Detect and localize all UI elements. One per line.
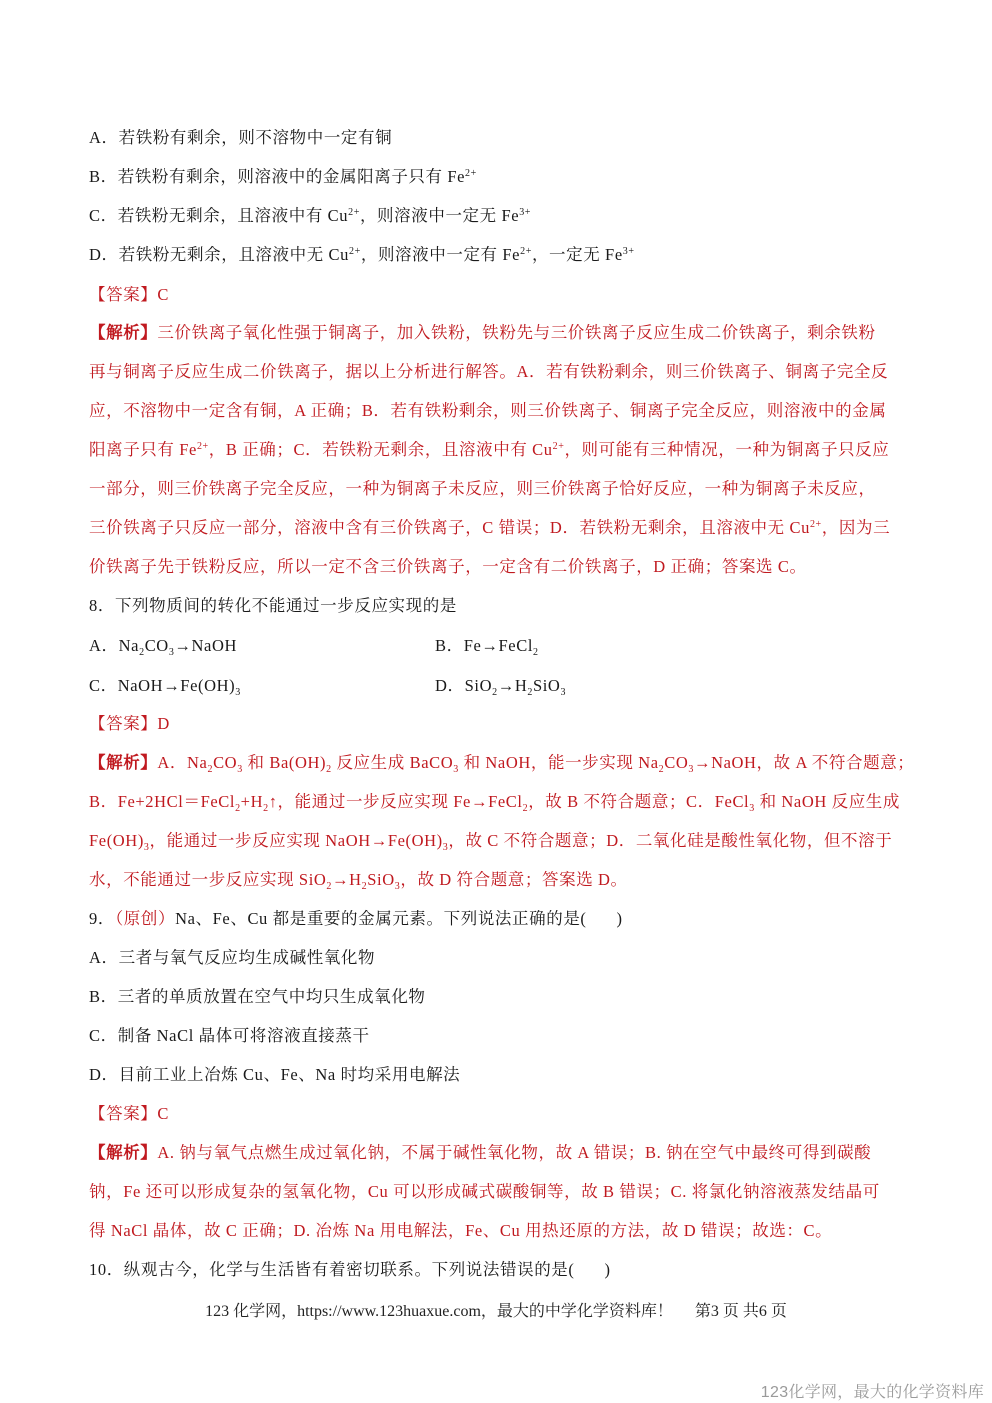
analysis-text: +H [241, 792, 263, 811]
analysis-text: 水，不能通过一步反应实现 SiO [89, 870, 326, 889]
analysis-text: Fe(OH) [89, 831, 144, 850]
charge: 2+ [553, 441, 565, 452]
analysis-text: 反应生成 BaCO [332, 753, 454, 772]
answer-tag: 【答案】 [89, 1104, 157, 1123]
formula: Na [119, 636, 139, 655]
q7-analysis-line: 应，不溶物中一定含有铜，A 正确；B．若有铁粉剩余，则三价铁离子、铜离子完全反应… [89, 401, 886, 421]
q7-analysis-line: 【解析】三价铁离子氧化性强于铜离子，加入铁粉，铁粉先与三价铁离子反应生成二价铁离… [89, 323, 876, 343]
formula: SiO [533, 676, 560, 695]
option-label: C． [89, 206, 118, 225]
option-text: 若铁粉无剩余，且溶液中有 Cu [118, 206, 348, 225]
analysis-text: →NaOH，故 A 不符合题意； [694, 753, 914, 772]
option-label: C． [89, 676, 118, 695]
q9-option-c: C．制备 NaCl 晶体可将溶液直接蒸干 [89, 1026, 370, 1046]
analysis-text: ，则可能有三种情况，一种为铜离子只反应 [564, 440, 889, 459]
analysis-text: CO [213, 753, 237, 772]
q8-option-a: A．Na2CO3→NaOH [89, 636, 237, 655]
option-text: 制备 NaCl 晶体可将溶液直接蒸干 [118, 1026, 370, 1045]
answer-tag: 【答案】 [89, 285, 157, 304]
option-text: 若铁粉无剩余，且溶液中无 Cu [119, 245, 349, 264]
q7-analysis-line: 再与铜离子反应生成二价铁离子，据以上分析进行解答。A．若有铁粉剩余，则三价铁离子… [89, 362, 888, 382]
q9-analysis-line: 【解析】A. 钠与氧气点燃生成过氧化钠，不属于碱性氧化物，故 A 错误；B. 钠… [89, 1143, 871, 1163]
q8-analysis-line: 水，不能通过一步反应实现 SiO2→H2SiO3，故 D 符合题意；答案选 D。 [89, 870, 628, 890]
analysis-tag: 【解析】 [89, 1143, 157, 1162]
q7-option-c: C．若铁粉无剩余，且溶液中有 Cu2+，则溶液中一定无 Fe3+ [89, 206, 531, 226]
option-text: 若铁粉有剩余，则溶液中的金属阳离子只有 Fe [118, 167, 465, 186]
formula: →H [498, 676, 528, 695]
analysis-text: 和 NaOH 反应生成 [755, 792, 900, 811]
analysis-tag: 【解析】 [89, 753, 157, 772]
charge: 2+ [520, 246, 532, 257]
q9-answer: 【答案】C [89, 1104, 169, 1124]
analysis-text: 价铁离子先于铁粉反应，所以一定不含三价铁离子，一定含有二价铁离子，D 正确；答案… [89, 557, 807, 576]
analysis-text: 三价铁离子只反应一部分，溶液中含有三价铁离子，C 错误；D．若铁粉无剩余，且溶液… [89, 518, 810, 537]
analysis-text: →H [332, 870, 362, 889]
analysis-text: 再与铜离子反应生成二价铁离子，据以上分析进行解答。A．若有铁粉剩余，则三价铁离子… [89, 362, 888, 381]
option-text: 三者的单质放置在空气中均只生成氧化物 [118, 987, 426, 1006]
formula: NaOH→Fe(OH) [118, 676, 236, 695]
q8-analysis-line: B．Fe+2HCl＝FeCl2+H2↑，能通过一步反应实现 Fe→FeCl2，故… [89, 792, 900, 812]
subscript: 2 [533, 647, 539, 658]
subscript: 3 [235, 687, 241, 698]
q9-analysis-line: 钠，Fe 还可以形成复杂的氢氧化物，Cu 可以形成碱式碳酸铜等，故 B 错误；C… [89, 1182, 880, 1202]
option-label: D． [89, 245, 119, 264]
question-text: 10．纵观古今，化学与生活皆有着密切联系。下列说法错误的是( [89, 1260, 575, 1279]
answer-value: C [157, 1104, 169, 1123]
option-label: A． [89, 636, 119, 655]
formula: →NaOH [174, 636, 237, 655]
q9-analysis-line: 得 NaCl 晶体，故 C 正确；D. 冶炼 Na 用电解法，Fe、Cu 用热还… [89, 1221, 832, 1241]
q7-option-b: B．若铁粉有剩余，则溶液中的金属阳离子只有 Fe2+ [89, 167, 477, 187]
option-label: A． [89, 948, 119, 967]
option-text: 三者与氧气反应均生成碱性氧化物 [119, 948, 376, 967]
q7-analysis-line: 一部分，则三价铁离子完全反应，一种为铜离子未反应，则三价铁离子恰好反应，一种为铜… [89, 479, 876, 499]
page-footer: 123 化学网，https://www.123huaxue.com，最大的中学化… [0, 1298, 992, 1321]
q8-options-row-2: C．NaOH→Fe(OH)3 D．SiO2→H2SiO3 [89, 676, 909, 696]
formula: Fe→FeCl [464, 636, 533, 655]
q8-answer: 【答案】D [89, 714, 170, 734]
analysis-text: SiO [367, 870, 394, 889]
analysis-text: 钠，Fe 还可以形成复杂的氢氧化物，Cu 可以形成碱式碳酸铜等，故 B 错误；C… [89, 1182, 880, 1201]
analysis-text: 得 NaCl 晶体，故 C 正确；D. 冶炼 Na 用电解法，Fe、Cu 用热还… [89, 1221, 832, 1240]
q9-option-a: A．三者与氧气反应均生成碱性氧化物 [89, 948, 375, 968]
question-text: Na、Fe、Cu 都是重要的金属元素。下列说法正确的是( [175, 909, 586, 928]
option-text: ，一定无 Fe [532, 245, 623, 264]
analysis-text: A．Na [157, 753, 207, 772]
option-label: A． [89, 128, 119, 147]
option-label: B． [89, 987, 118, 1006]
charge: 3+ [519, 207, 531, 218]
analysis-text: B．Fe+2HCl＝FeCl [89, 792, 235, 811]
subscript: 3 [560, 687, 566, 698]
analysis-text: 阳离子只有 Fe [89, 440, 197, 459]
q7-analysis-line: 价铁离子先于铁粉反应，所以一定不含三价铁离子，一定含有二价铁离子，D 正确；答案… [89, 557, 807, 577]
option-label: D． [89, 1065, 119, 1084]
q8-option-b: B．Fe→FeCl2 [435, 636, 539, 656]
analysis-text: 和 Ba(OH) [243, 753, 326, 772]
analysis-text: 一部分，则三价铁离子完全反应，一种为铜离子未反应，则三价铁离子恰好反应，一种为铜… [89, 479, 876, 498]
watermark: 123化学网，最大的化学资料库 [761, 1379, 984, 1402]
formula: CO [145, 636, 169, 655]
option-text: 目前工业上冶炼 Cu、Fe、Na 时均采用电解法 [119, 1065, 461, 1084]
option-label: B． [435, 636, 464, 655]
answer-value: C [157, 285, 169, 304]
charge: 2+ [197, 441, 209, 452]
analysis-text: 和 NaOH，能一步实现 Na [459, 753, 659, 772]
analysis-text: 三价铁离子氧化性强于铜离子，加入铁粉，铁粉先与三价铁离子反应生成二价铁离子，剩余… [157, 323, 875, 342]
formula: SiO [465, 676, 492, 695]
analysis-text: CO [664, 753, 688, 772]
q9-stem: 9．（原创）Na、Fe、Cu 都是重要的金属元素。下列说法正确的是() [89, 909, 623, 929]
answer-tag: 【答案】 [89, 714, 157, 733]
question-text: ) [617, 909, 623, 928]
answer-value: D [157, 714, 170, 733]
analysis-text: ↑，能通过一步反应实现 Fe→FeCl [269, 792, 523, 811]
q8-options-row-1: A．Na2CO3→NaOH B．Fe→FeCl2 [89, 636, 909, 656]
charge: 2+ [810, 519, 822, 530]
question-number: 9． [89, 909, 115, 928]
q7-option-d: D．若铁粉无剩余，且溶液中无 Cu2+，则溶液中一定有 Fe2+，一定无 Fe3… [89, 245, 635, 265]
q8-option-c: C．NaOH→Fe(OH)3 [89, 676, 241, 695]
analysis-text: ，故 C 不符合题意；D．二氧化硅是酸性氧化物，但不溶于 [448, 831, 892, 850]
q7-answer: 【答案】C [89, 285, 169, 305]
question-text: ) [605, 1260, 611, 1279]
analysis-text: 应，不溶物中一定含有铜，A 正确；B．若有铁粉剩余，则三价铁离子、铜离子完全反应… [89, 401, 886, 420]
q8-option-d: D．SiO2→H2SiO3 [435, 676, 566, 696]
analysis-text: ，能通过一步反应实现 NaOH→Fe(OH) [150, 831, 443, 850]
analysis-tag: 【解析】 [89, 323, 157, 342]
document-page: A．若铁粉有剩余，则不溶物中一定有铜 B．若铁粉有剩余，则溶液中的金属阳离子只有… [0, 0, 992, 1403]
q8-stem: 8．下列物质间的转化不能通过一步反应实现的是 [89, 596, 457, 616]
analysis-text: ，故 B 不符合题意；C．FeCl [528, 792, 749, 811]
analysis-text: ，B 正确；C．若铁粉无剩余，且溶液中有 Cu [209, 440, 553, 459]
charge: 3+ [623, 246, 635, 257]
q10-stem: 10．纵观古今，化学与生活皆有着密切联系。下列说法错误的是() [89, 1260, 611, 1280]
page-number: 第3 页 共6 页 [695, 1303, 787, 1320]
option-text: 若铁粉有剩余，则不溶物中一定有铜 [119, 128, 393, 147]
charge: 2+ [349, 246, 361, 257]
q9-option-b: B．三者的单质放置在空气中均只生成氧化物 [89, 987, 426, 1007]
option-text: ，则溶液中一定无 Fe [360, 206, 519, 225]
original-tag: （原创） [115, 909, 175, 928]
footer-site-text: 123 化学网，https://www.123huaxue.com，最大的中学化… [205, 1303, 673, 1320]
q7-option-a: A．若铁粉有剩余，则不溶物中一定有铜 [89, 128, 392, 148]
q8-analysis-line: 【解析】A．Na2CO3 和 Ba(OH)2 反应生成 BaCO3 和 NaOH… [89, 753, 914, 773]
analysis-text: ，故 D 符合题意；答案选 D。 [400, 870, 627, 889]
analysis-text: A. 钠与氧气点燃生成过氧化钠，不属于碱性氧化物，故 A 错误；B. 钠在空气中… [157, 1143, 871, 1162]
q8-analysis-line: Fe(OH)3，能通过一步反应实现 NaOH→Fe(OH)3，故 C 不符合题意… [89, 831, 892, 851]
charge: 2+ [465, 168, 477, 179]
option-text: ，则溶液中一定有 Fe [361, 245, 520, 264]
option-label: B． [89, 167, 118, 186]
q7-analysis-line: 阳离子只有 Fe2+，B 正确；C．若铁粉无剩余，且溶液中有 Cu2+，则可能有… [89, 440, 889, 460]
q7-analysis-line: 三价铁离子只反应一部分，溶液中含有三价铁离子，C 错误；D．若铁粉无剩余，且溶液… [89, 518, 890, 538]
q9-option-d: D．目前工业上冶炼 Cu、Fe、Na 时均采用电解法 [89, 1065, 460, 1085]
analysis-text: ，因为三 [822, 518, 890, 537]
option-label: C． [89, 1026, 118, 1045]
option-label: D． [435, 676, 465, 695]
charge: 2+ [348, 207, 360, 218]
